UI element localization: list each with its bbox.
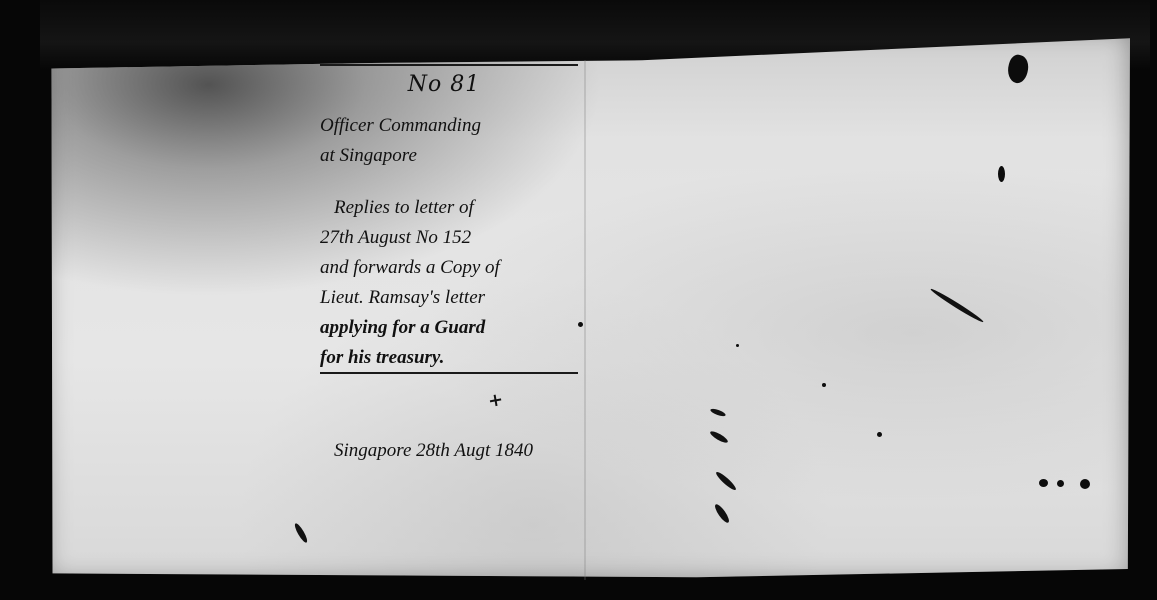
addressee-line: Officer Commanding [320, 111, 578, 141]
scan-background: No 81 Officer Commanding at Singapore Re… [0, 0, 1157, 600]
addressee: Officer Commanding at Singapore [320, 111, 578, 171]
summary-line: and forwards a Copy of [320, 253, 578, 283]
docket-block: No 81 Officer Commanding at Singapore Re… [320, 64, 578, 373]
summary-line: 27th August No 152 [320, 223, 578, 253]
paper-fold-line [584, 60, 586, 580]
docket-bottom-rule [320, 372, 578, 374]
summary-line: Replies to letter of [320, 193, 578, 223]
ink-dot [578, 322, 583, 327]
docket-top-rule [320, 64, 578, 66]
ink-dot [1039, 479, 1048, 487]
docket-number: No 81 [310, 72, 578, 97]
summary-line: applying for a Guard [320, 313, 578, 343]
dateline: Singapore 28th Augt 1840 [334, 440, 594, 462]
ink-dot [877, 432, 882, 437]
docket-summary: Replies to letter of 27th August No 152 … [320, 193, 578, 373]
summary-line: Lieut. Ramsay's letter [320, 283, 578, 313]
ink-dot [1080, 479, 1090, 489]
ink-blot [998, 166, 1005, 182]
addressee-line: at Singapore [320, 141, 578, 171]
ink-dot [822, 383, 826, 387]
ink-dot [736, 344, 739, 347]
paper-sheet [46, 30, 1130, 580]
ink-dot [1057, 480, 1064, 487]
summary-line: for his treasury. [320, 343, 578, 373]
